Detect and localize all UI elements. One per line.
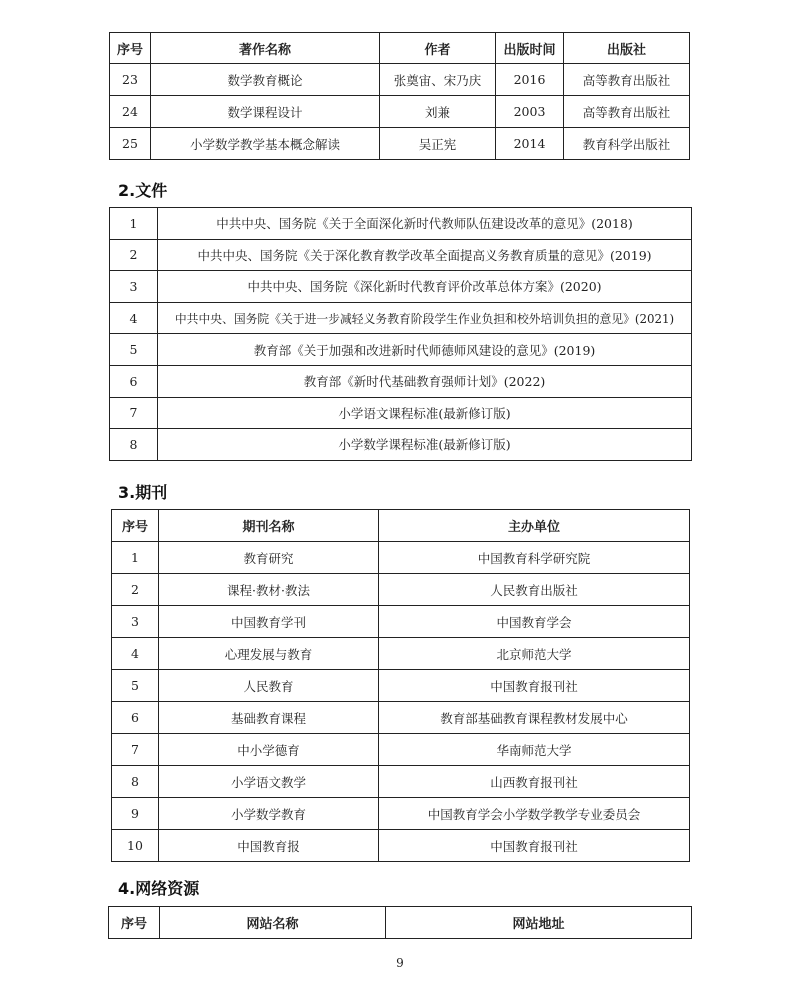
cell-year: 2014 [496,128,564,160]
header-sponsor: 主办单位 [379,510,690,542]
cell-sponsor: 中国教育学会小学数学教学专业委员会 [379,798,690,830]
table-row: 5人民教育中国教育报刊社 [112,670,690,702]
cell-index: 2 [112,574,159,606]
header-index: 序号 [109,907,160,939]
table-row: 23 数学教育概论 张奠宙、宋乃庆 2016 高等教育出版社 [110,64,690,96]
table-row: 9小学数学教育中国教育学会小学数学教学专业委员会 [112,798,690,830]
table-header-row: 序号 著作名称 作者 出版时间 出版社 [110,33,690,64]
header-index: 序号 [110,33,151,64]
cell-index: 5 [110,334,158,366]
page-number: 9 [0,956,800,970]
cell-index: 1 [110,208,158,240]
cell-index: 25 [110,128,151,160]
cell-document: 小学语文课程标准(最新修订版) [158,397,692,429]
cell-sponsor: 中国教育报刊社 [379,830,690,862]
cell-journal-name: 中小学德育 [159,734,379,766]
table-row: 10中国教育报中国教育报刊社 [112,830,690,862]
cell-index: 1 [112,542,159,574]
table-row: 4心理发展与教育北京师范大学 [112,638,690,670]
cell-index: 9 [112,798,159,830]
cell-index: 2 [110,239,158,271]
section-title-documents: 2.文件 [118,178,167,201]
cell-journal-name: 小学语文教学 [159,766,379,798]
cell-document: 中共中央、国务院《关于全面深化新时代教师队伍建设改革的意见》(2018) [158,208,692,240]
header-site-name: 网站名称 [160,907,386,939]
cell-document: 中共中央、国务院《关于进一步减轻义务教育阶段学生作业负担和校外培训负担的意见》(… [158,302,692,334]
cell-sponsor: 中国教育报刊社 [379,670,690,702]
cell-publisher: 高等教育出版社 [564,96,690,128]
table-row: 6教育部《新时代基础教育强师计划》(2022) [110,365,692,397]
cell-index: 3 [112,606,159,638]
table-row: 2中共中央、国务院《关于深化教育教学改革全面提高义务教育质量的意见》(2019) [110,239,692,271]
cell-document: 小学数学课程标准(最新修订版) [158,429,692,461]
cell-document: 中共中央、国务院《关于深化教育教学改革全面提高义务教育质量的意见》(2019) [158,239,692,271]
cell-year: 2003 [496,96,564,128]
cell-year: 2016 [496,64,564,96]
cell-author: 吴正宪 [380,128,496,160]
table-row: 3中共中央、国务院《深化新时代教育评价改革总体方案》(2020) [110,271,692,303]
table-row: 2课程·教材·教法人民教育出版社 [112,574,690,606]
cell-index: 6 [110,365,158,397]
cell-index: 3 [110,271,158,303]
cell-sponsor: 北京师范大学 [379,638,690,670]
table-row: 4中共中央、国务院《关于进一步减轻义务教育阶段学生作业负担和校外培训负担的意见》… [110,302,692,334]
cell-title: 数学课程设计 [151,96,380,128]
table-row: 24 数学课程设计 刘兼 2003 高等教育出版社 [110,96,690,128]
cell-index: 4 [110,302,158,334]
web-resources-table: 序号 网站名称 网站地址 [108,906,692,939]
cell-index: 10 [112,830,159,862]
cell-author: 刘兼 [380,96,496,128]
table-row: 8小学数学课程标准(最新修订版) [110,429,692,461]
cell-sponsor: 人民教育出版社 [379,574,690,606]
cell-index: 7 [110,397,158,429]
cell-title: 小学数学教学基本概念解读 [151,128,380,160]
cell-document: 中共中央、国务院《深化新时代教育评价改革总体方案》(2020) [158,271,692,303]
documents-table: 1中共中央、国务院《关于全面深化新时代教师队伍建设改革的意见》(2018) 2中… [109,207,692,461]
header-index: 序号 [112,510,159,542]
cell-index: 4 [112,638,159,670]
cell-sponsor: 教育部基础教育课程教材发展中心 [379,702,690,734]
cell-sponsor: 华南师范大学 [379,734,690,766]
cell-index: 8 [112,766,159,798]
cell-sponsor: 中国教育科学研究院 [379,542,690,574]
cell-document: 教育部《新时代基础教育强师计划》(2022) [158,365,692,397]
cell-index: 6 [112,702,159,734]
cell-index: 24 [110,96,151,128]
header-title: 著作名称 [151,33,380,64]
header-year: 出版时间 [496,33,564,64]
cell-journal-name: 中国教育报 [159,830,379,862]
header-author: 作者 [380,33,496,64]
cell-index: 23 [110,64,151,96]
table-row: 8小学语文教学山西教育报刊社 [112,766,690,798]
cell-title: 数学教育概论 [151,64,380,96]
table-row: 5教育部《关于加强和改进新时代师德师风建设的意见》(2019) [110,334,692,366]
table-row: 25 小学数学教学基本概念解读 吴正宪 2014 教育科学出版社 [110,128,690,160]
table-row: 3中国教育学刊中国教育学会 [112,606,690,638]
table-row: 7小学语文课程标准(最新修订版) [110,397,692,429]
cell-index: 7 [112,734,159,766]
cell-publisher: 高等教育出版社 [564,64,690,96]
section-title-web-resources: 4.网络资源 [118,876,199,899]
table-row: 7中小学德育华南师范大学 [112,734,690,766]
cell-journal-name: 中国教育学刊 [159,606,379,638]
cell-index: 8 [110,429,158,461]
table-row: 6基础教育课程教育部基础教育课程教材发展中心 [112,702,690,734]
cell-journal-name: 课程·教材·教法 [159,574,379,606]
header-site-url: 网站地址 [386,907,692,939]
section-title-journals: 3.期刊 [118,480,167,503]
table-row: 1教育研究中国教育科学研究院 [112,542,690,574]
cell-author: 张奠宙、宋乃庆 [380,64,496,96]
cell-journal-name: 基础教育课程 [159,702,379,734]
cell-sponsor: 中国教育学会 [379,606,690,638]
books-table: 序号 著作名称 作者 出版时间 出版社 23 数学教育概论 张奠宙、宋乃庆 20… [109,32,690,160]
cell-journal-name: 心理发展与教育 [159,638,379,670]
cell-journal-name: 人民教育 [159,670,379,702]
table-header-row: 序号 网站名称 网站地址 [109,907,692,939]
cell-sponsor: 山西教育报刊社 [379,766,690,798]
cell-document: 教育部《关于加强和改进新时代师德师风建设的意见》(2019) [158,334,692,366]
cell-publisher: 教育科学出版社 [564,128,690,160]
table-header-row: 序号 期刊名称 主办单位 [112,510,690,542]
journals-table: 序号 期刊名称 主办单位 1教育研究中国教育科学研究院 2课程·教材·教法人民教… [111,509,690,862]
cell-journal-name: 小学数学教育 [159,798,379,830]
header-journal-name: 期刊名称 [159,510,379,542]
table-row: 1中共中央、国务院《关于全面深化新时代教师队伍建设改革的意见》(2018) [110,208,692,240]
cell-index: 5 [112,670,159,702]
cell-journal-name: 教育研究 [159,542,379,574]
header-publisher: 出版社 [564,33,690,64]
